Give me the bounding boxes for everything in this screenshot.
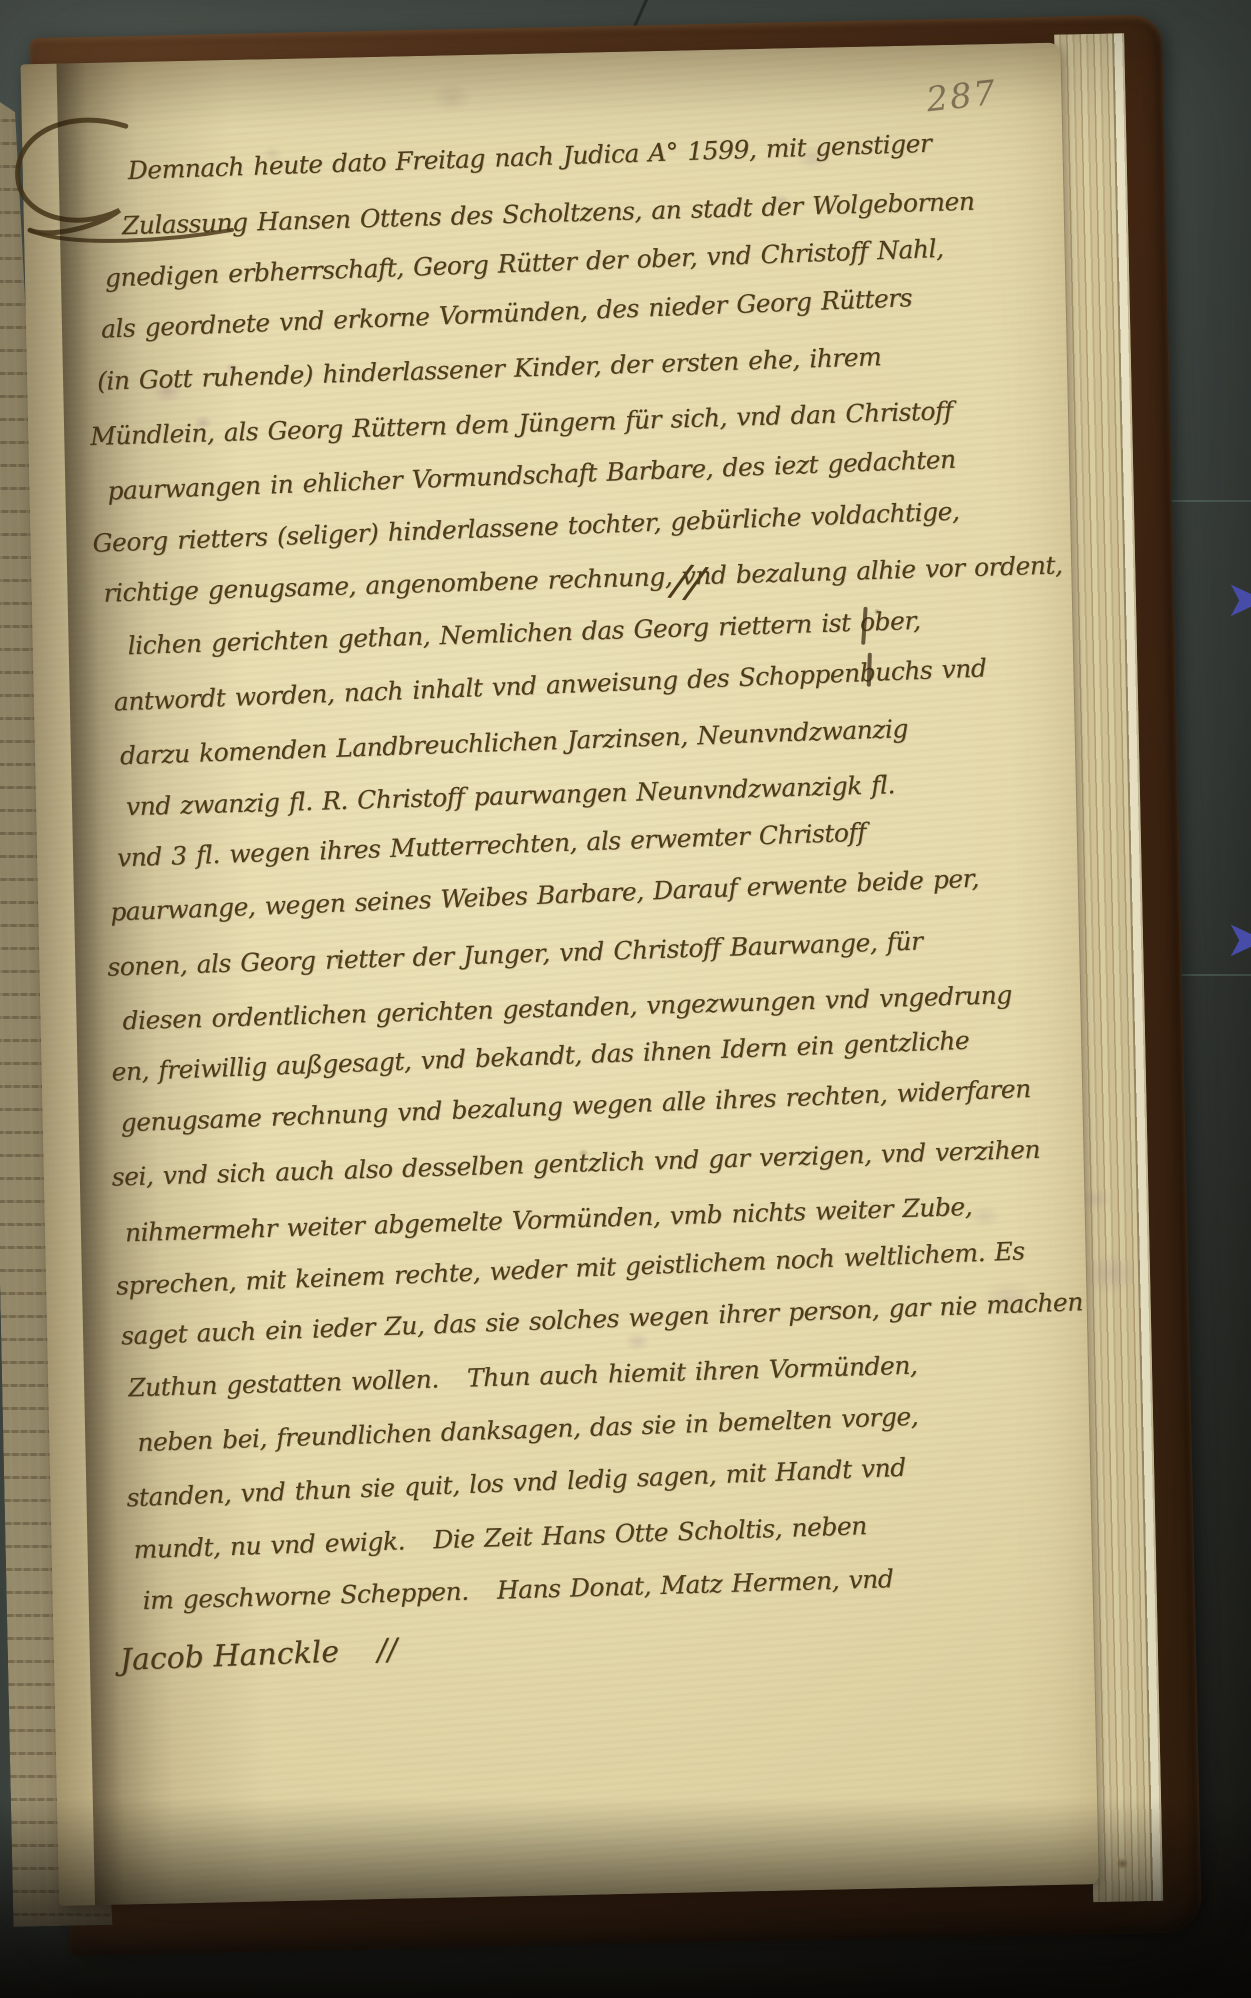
manuscript-line: im geschworne Scheppen. Hans Donat, Matz… bbox=[142, 1566, 893, 1613]
manuscript-line: paurwangen in ehlicher Vormundschaft Bar… bbox=[107, 447, 956, 504]
manuscript-line: Zuthun gestatten wollen. Thun auch hiemi… bbox=[128, 1353, 918, 1401]
manuscript-line: saget auch ein ieder Zu, das sie solches… bbox=[121, 1290, 1084, 1349]
bound-book: 287 Demnach heute dato Freitag nach Judi… bbox=[0, 3, 1251, 1979]
manuscript-line: genugsame rechnung vnd bezalung wegen al… bbox=[120, 1076, 1031, 1135]
manuscript-photo: 287 Demnach heute dato Freitag nach Judi… bbox=[0, 0, 1251, 1998]
manuscript-line: sprechen, mit keinem rechte, weder mit g… bbox=[116, 1238, 1025, 1298]
manuscript-line: diesen ordentlichen gerichten gestanden,… bbox=[122, 982, 1012, 1033]
manuscript-line: Mündlein, als Georg Rüttern dem Jüngern … bbox=[90, 399, 953, 450]
manuscript-line: neben bei, freundlichen danksagen, das s… bbox=[137, 1403, 919, 1454]
manuscript-line: nihmermehr weiter abgemelte Vormünden, v… bbox=[125, 1193, 973, 1244]
manuscript-line: Demnach heute dato Freitag nach Judica A… bbox=[127, 131, 931, 183]
manuscript-line: Georg rietters (seliger) hinderlassene t… bbox=[92, 498, 960, 555]
manuscript-line: vnd 3 fl. wegen ihres Mutterrechten, als… bbox=[117, 820, 867, 871]
manuscript-line: standen, vnd thun sie quit, los vnd ledi… bbox=[126, 1455, 906, 1511]
manuscript-line: lichen gerichten gethan, Nemlichen das G… bbox=[127, 608, 921, 658]
manuscript-line: als geordnete vnd erkorne Vormünden, des… bbox=[101, 285, 913, 342]
manuscript-line: sonen, als Georg rietter der Junger, vnd… bbox=[107, 929, 923, 980]
manuscript-line: darzu komenden Landbreuchlichen Jarzinse… bbox=[120, 716, 909, 768]
manuscript-line: gnedigen erbherrschaft, Georg Rütter der… bbox=[105, 236, 944, 291]
manuscript-line: Zulassung Hansen Ottens des Scholtzens, … bbox=[122, 189, 975, 239]
manuscript-line: paurwange, wegen seines Weibes Barbare, … bbox=[110, 865, 979, 924]
manuscript-line: en, freiwillig außgesagt, vnd bekandt, d… bbox=[111, 1028, 969, 1085]
manuscript-line: (in Gott ruhende) hinderlassener Kinder,… bbox=[97, 344, 882, 394]
manuscript-page: 287 Demnach heute dato Freitag nach Judi… bbox=[20, 43, 1098, 1906]
manuscript-line: sei, vnd sich auch also desselben gentzl… bbox=[111, 1137, 1040, 1190]
blue-arrow-icon: ➤ bbox=[1225, 914, 1251, 964]
manuscript-line: richtige genugsame, angenombene rechnung… bbox=[103, 553, 1063, 606]
blue-arrow-icon: ➤ bbox=[1225, 574, 1251, 624]
manuscript-line: antwordt worden, nach inhalt vnd anweisu… bbox=[113, 655, 986, 714]
text-layer: Demnach heute dato Freitag nach Judica A… bbox=[20, 43, 1098, 1906]
manuscript-line: vnd zwanzig fl. R. Christoff paurwangen … bbox=[126, 772, 896, 819]
manuscript-line: mundt, nu vnd ewigk. Die Zeit Hans Otte … bbox=[133, 1513, 867, 1562]
